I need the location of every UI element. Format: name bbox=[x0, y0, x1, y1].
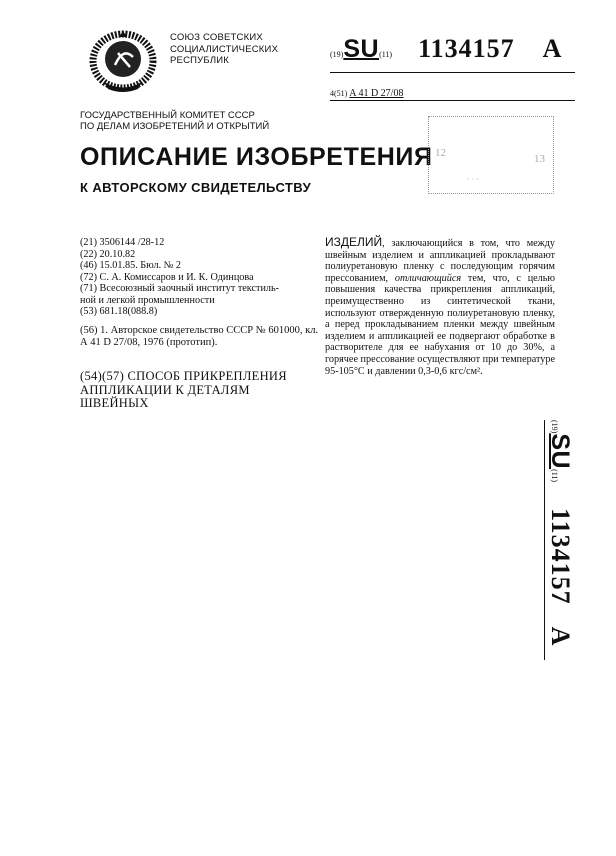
biblio-row: (46) 15.01.85. Бюл. № 2 bbox=[80, 260, 320, 272]
kind-code: A bbox=[546, 627, 575, 647]
biblio-code: (72) bbox=[80, 272, 97, 283]
number-code-label: (11) bbox=[379, 50, 392, 59]
biblio-row: ной и легкой промышленности bbox=[80, 295, 320, 307]
patent-number: 1134157 bbox=[546, 508, 575, 605]
biblio-row: (53) 681.18(088.8) bbox=[80, 306, 320, 318]
references-text: 1. Авторское свидетельство СССР № 601000… bbox=[80, 325, 318, 348]
biblio-code: (21) bbox=[80, 237, 97, 248]
biblio-text: 681.18(088.8) bbox=[100, 306, 158, 317]
country-code-label: (19) bbox=[330, 50, 343, 59]
side-patent-identifier: (19)SU(11) 1134157 A bbox=[545, 420, 605, 660]
stamp-text: 13 bbox=[534, 153, 545, 165]
biblio-code: (22) bbox=[80, 249, 97, 260]
biblio-row: (22) 20.10.82 bbox=[80, 249, 320, 261]
claim-lead: ИЗДЕЛИЙ bbox=[325, 235, 382, 249]
bibliographic-data: (21) 3506144 /28-12 (22) 20.10.82 (46) 1… bbox=[80, 237, 320, 318]
biblio-code: (53) bbox=[80, 306, 97, 317]
biblio-text: 15.01.85. Бюл. № 2 bbox=[100, 260, 182, 271]
committee-line: ПО ДЕЛАМ ИЗОБРЕТЕНИЙ И ОТКРЫТИЙ bbox=[80, 121, 269, 132]
biblio-text: 3506144 /28-12 bbox=[100, 237, 165, 248]
union-line: РЕСПУБЛИК bbox=[170, 55, 278, 67]
biblio-row: (21) 3506144 /28-12 bbox=[80, 237, 320, 249]
claim-text: ИЗДЕЛИЙ, заключающийся в том, что между … bbox=[325, 237, 555, 377]
country-code: SU bbox=[546, 433, 574, 469]
ipc-classification: 4(51) A 41 D 27/08 bbox=[330, 88, 575, 101]
references-cited: (56) 1. Авторское свидетельство СССР № 6… bbox=[80, 325, 320, 349]
ipc-class: A 41 D 27/08 bbox=[349, 88, 403, 99]
patent-number: 1134157 bbox=[418, 34, 515, 63]
union-line: СОЮЗ СОВЕТСКИХ bbox=[170, 32, 278, 44]
references-code: (56) bbox=[80, 325, 98, 336]
library-stamp: 12 13 · · · bbox=[428, 116, 554, 194]
number-code-label: (11) bbox=[550, 469, 559, 482]
biblio-row: (71) Всесоюзный заочный институт текстил… bbox=[80, 283, 320, 295]
invention-title-code: (54)(57) bbox=[80, 369, 124, 383]
biblio-text: 20.10.82 bbox=[100, 249, 136, 260]
biblio-code: (46) bbox=[80, 260, 97, 271]
biblio-text: ной и легкой промышленности bbox=[80, 295, 215, 306]
committee-name: ГОСУДАРСТВЕННЫЙ КОМИТЕТ СССР ПО ДЕЛАМ ИЗ… bbox=[80, 110, 269, 132]
document-title: ОПИСАНИЕ ИЗОБРЕТЕНИЯ bbox=[80, 143, 433, 172]
kind-code: A bbox=[543, 34, 563, 63]
union-line: СОЦИАЛИСТИЧЕСКИХ bbox=[170, 44, 278, 56]
union-name: СОЮЗ СОВЕТСКИХ СОЦИАЛИСТИЧЕСКИХ РЕСПУБЛИ… bbox=[170, 32, 278, 67]
biblio-text: Всесоюзный заочный институт текстиль- bbox=[100, 283, 280, 294]
biblio-code: (71) bbox=[80, 283, 97, 294]
claim-part: тем, что, с целью повышения качества при… bbox=[325, 273, 555, 377]
biblio-row: (72) С. А. Комиссаров и И. К. Одинцова bbox=[80, 272, 320, 284]
invention-title: (54)(57) СПОСОБ ПРИКРЕПЛЕНИЯ АППЛИКАЦИИ … bbox=[80, 370, 320, 411]
stamp-text: · · · bbox=[467, 175, 479, 184]
country-code: SU bbox=[343, 35, 379, 63]
stamp-text: 12 bbox=[435, 147, 446, 159]
ipc-code-label: 4(51) bbox=[330, 89, 347, 98]
patent-identifier: (19)SU(11) 1134157 A bbox=[330, 34, 575, 73]
ussr-coat-of-arms-icon bbox=[88, 27, 158, 97]
biblio-text: С. А. Комиссаров и И. К. Одинцова bbox=[100, 272, 254, 283]
document-subtitle: К АВТОРСКОМУ СВИДЕТЕЛЬСТВУ bbox=[80, 180, 311, 195]
committee-line: ГОСУДАРСТВЕННЫЙ КОМИТЕТ СССР bbox=[80, 110, 269, 121]
country-code-label: (19) bbox=[550, 420, 559, 433]
claim-distinguishing: отличающийся bbox=[395, 273, 461, 284]
